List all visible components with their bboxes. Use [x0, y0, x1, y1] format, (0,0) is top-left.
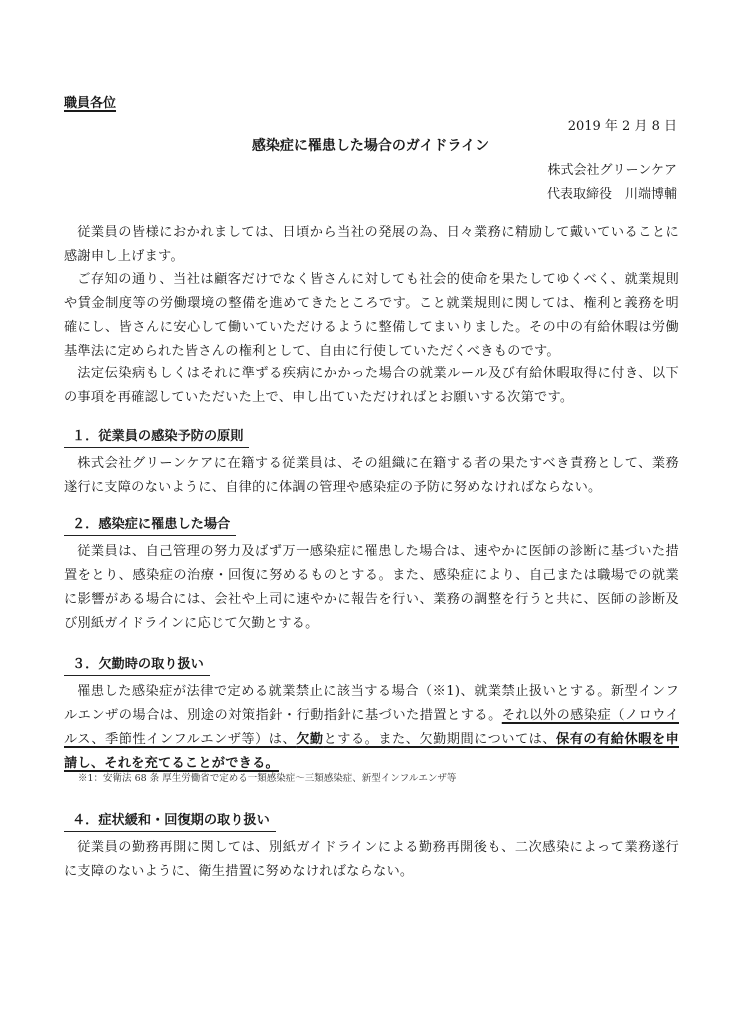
section-3-body: 罹患した感染症が法律で定める就業禁止に該当する場合（※1)、就業禁止扱いとする。… — [64, 680, 679, 776]
intro-paragraph-1: 従業員の皆様におかれましては、日頃から当社の発展の為、日々業務に精励して戴いてい… — [64, 221, 679, 269]
intro-paragraph-2: ご存知の通り、当社は顧客だけでなく皆さんに対しても社会的使命を果たしてゆくべく、… — [64, 268, 679, 364]
document-date: 2019 年 2 月 8 日 — [568, 115, 677, 134]
section-3-underlined-text-2: とする。また、欠勤期間については、 — [324, 732, 556, 747]
company-name: 株式会社グリーンケア — [548, 159, 677, 178]
section-1-heading: １．従業員の感染予防の原則 — [64, 427, 249, 448]
intro-paragraph-3: 法定伝染病もしくはそれに準ずる疾病にかかった場合の就業ルール及び有給休暇取得に付… — [64, 362, 679, 410]
addressee: 職員各位 — [64, 92, 116, 111]
section-2-body: 従業員は、自己管理の努力及ばず万一感染症に罹患した場合は、速やかに医師の診断に基… — [64, 540, 679, 636]
section-3-footnote: ※1：安衛法 68 条 厚生労働省で定める一類感染症～三類感染症、新型インフルエ… — [78, 770, 456, 784]
section-2-heading: ２．感染症に罹患した場合 — [64, 515, 236, 536]
section-1-body: 株式会社グリーンケアに在籍する従業員は、その組織に在籍する者の果たすべき責務とし… — [64, 452, 679, 500]
section-3-bold-absence: 欠勤 — [296, 732, 323, 747]
document-title: 感染症に罹患した場合のガイドライン — [0, 135, 741, 155]
section-4-heading: ４．症状緩和・回復期の取り扱い — [64, 811, 276, 832]
document-page: 職員各位 2019 年 2 月 8 日 感染症に罹患した場合のガイドライン 株式… — [0, 0, 741, 1024]
section-3-heading: ３．欠勤時の取り扱い — [64, 655, 210, 676]
section-4-body: 従業員の勤務再開に関しては、別紙ガイドラインによる勤務再開後も、二次感染によって… — [64, 836, 679, 884]
representative-name: 代表取締役 川端博輔 — [547, 183, 677, 202]
